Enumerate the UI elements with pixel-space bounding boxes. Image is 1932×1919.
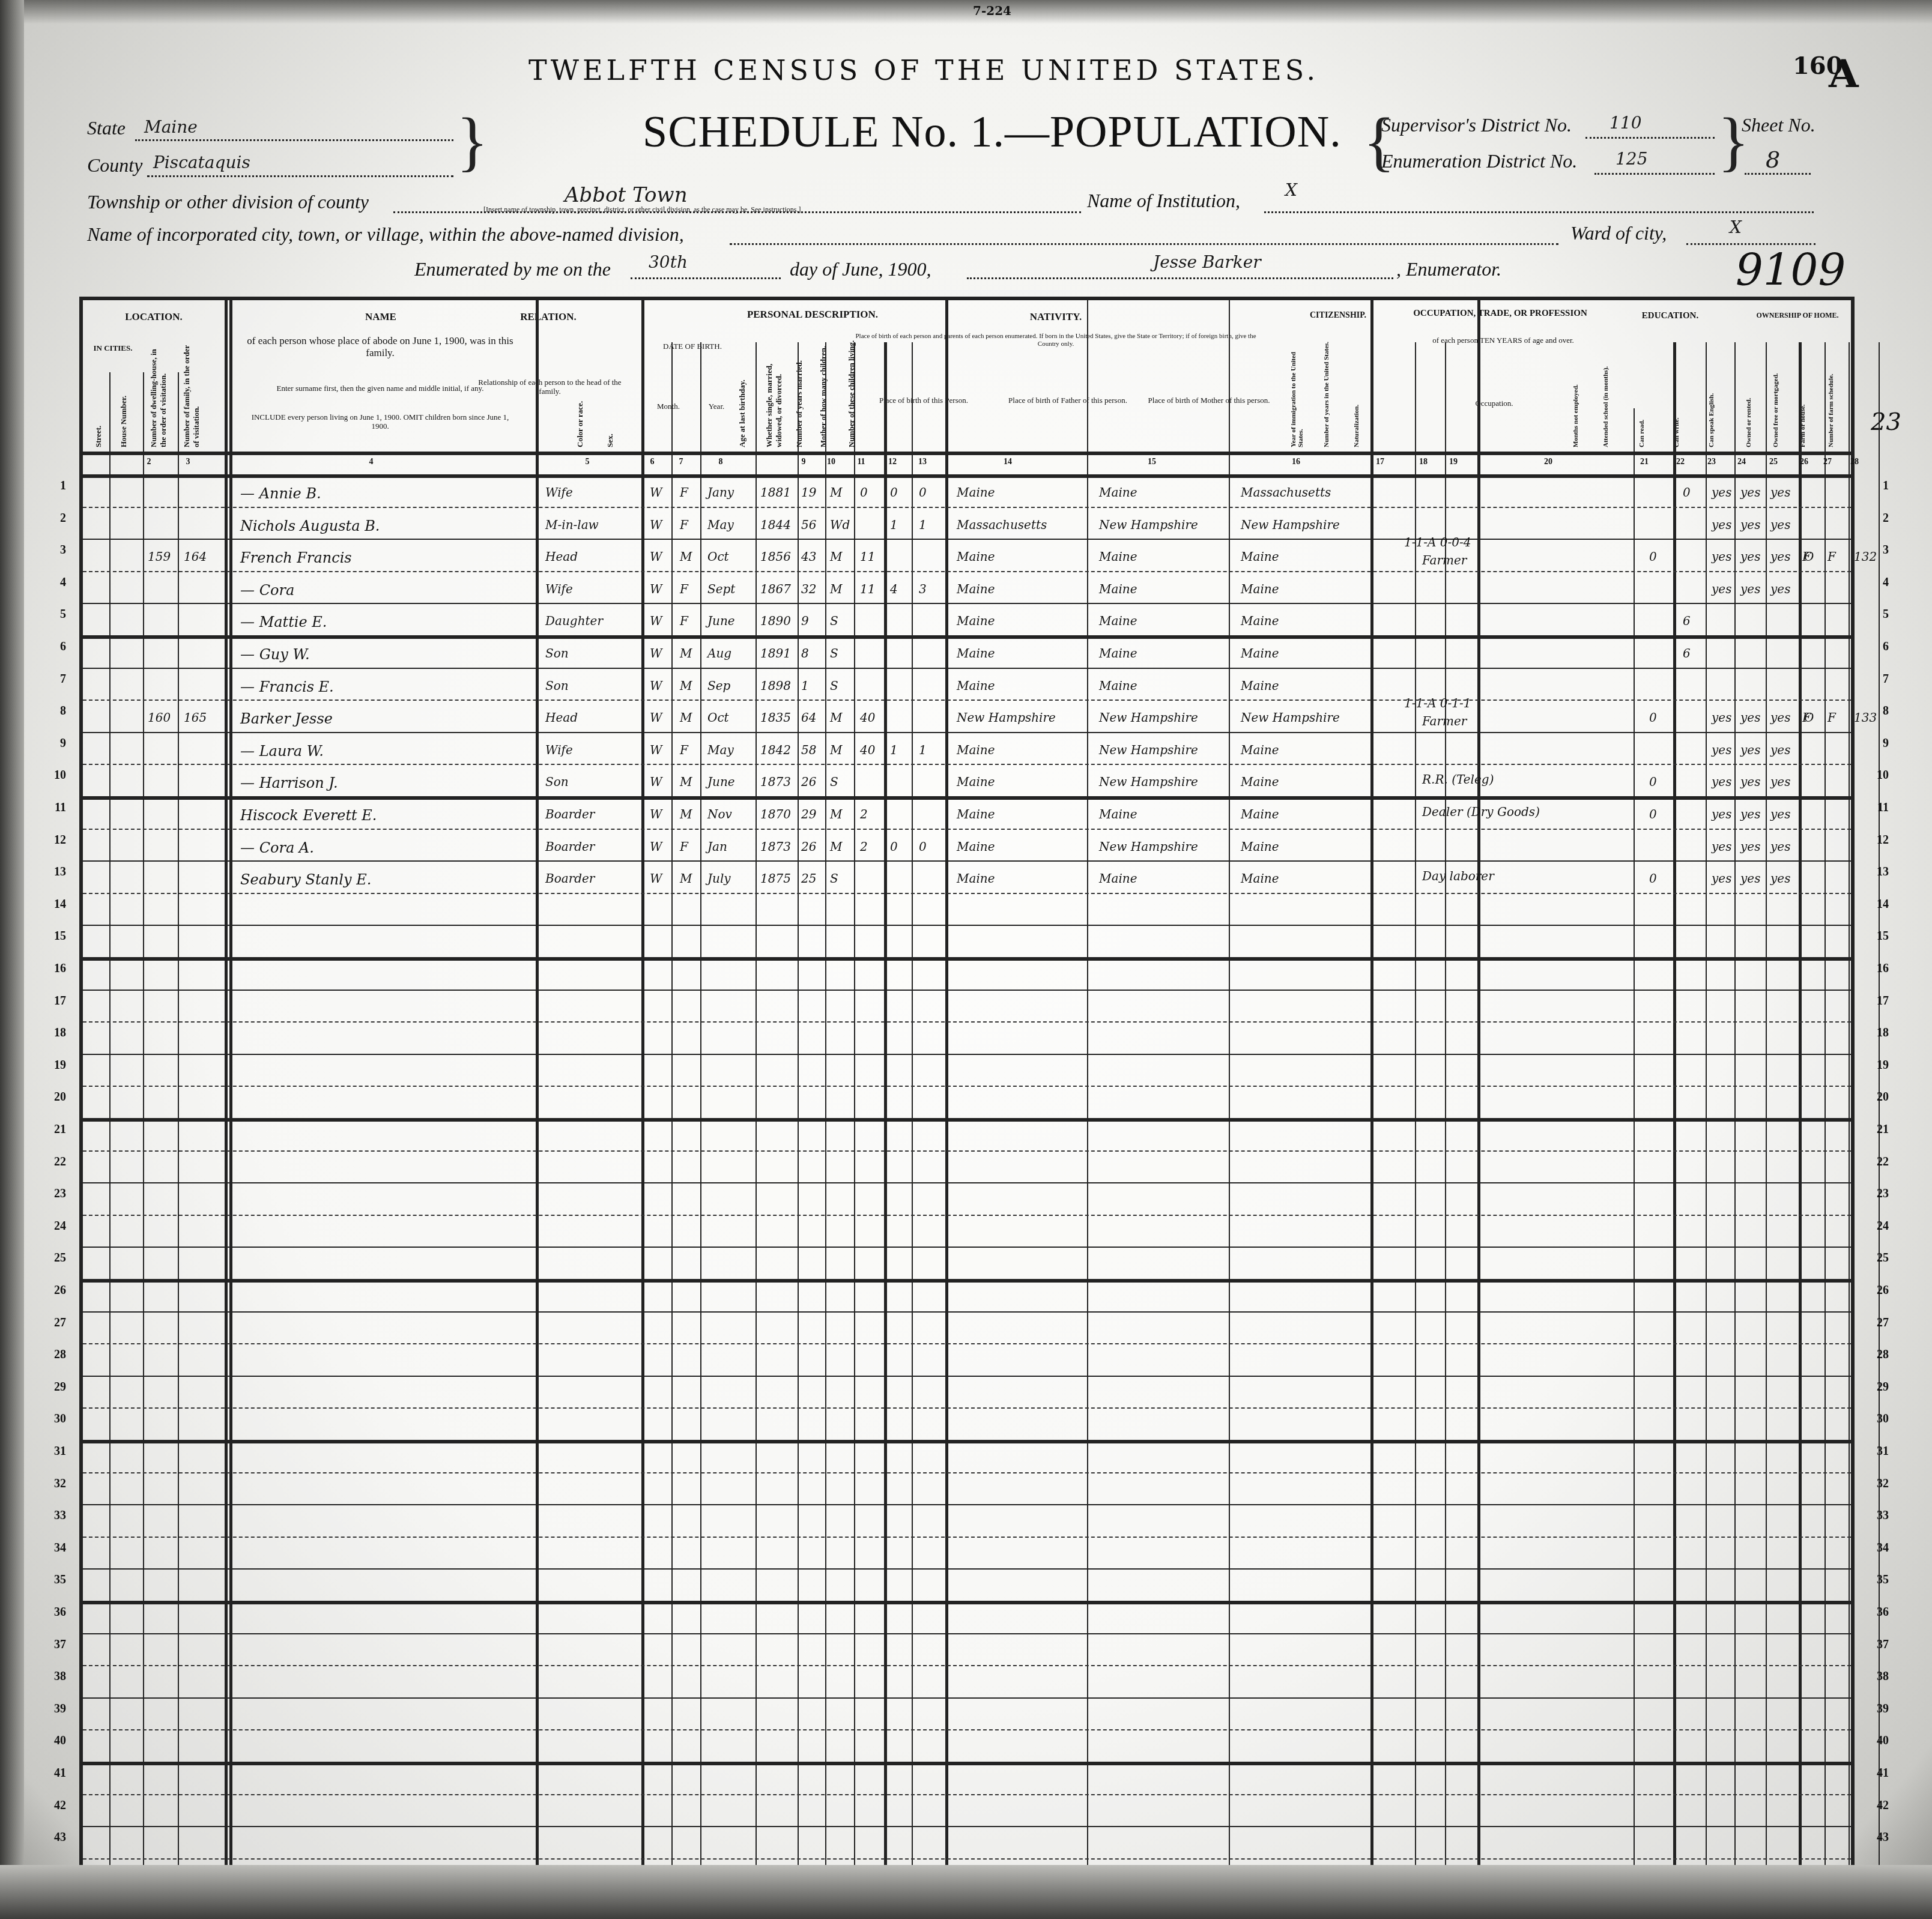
line-number: 2 — [1865, 512, 1889, 525]
cell-year: 1873 — [760, 775, 791, 789]
cell-birth: Maine — [957, 646, 995, 660]
column-number: 10 — [819, 458, 843, 467]
cell-write: yes — [1740, 807, 1760, 821]
grid-row-line — [83, 1086, 1851, 1087]
line-number: 36 — [1865, 1606, 1889, 1619]
cell-birth: Maine — [957, 839, 995, 854]
cell-color: W — [650, 775, 662, 789]
cell-unemployed: 0 — [1649, 775, 1657, 789]
line-number: 5 — [42, 608, 66, 621]
sheet-no-value: 8 — [1766, 147, 1780, 173]
line-number: 18 — [1865, 1026, 1889, 1040]
column-number: 25 — [1761, 458, 1785, 467]
cell-father: Maine — [1099, 582, 1137, 596]
cell-mother: Massachusetts — [1241, 485, 1331, 500]
enumeration-label: Enumeration District No. — [1381, 150, 1577, 172]
immigration-header: Year of immigration to the United States… — [1290, 336, 1310, 447]
name-include-note: INCLUDE every person living on June 1, 1… — [245, 413, 515, 431]
cell-mother: Maine — [1241, 775, 1279, 789]
cell-year: 1867 — [760, 582, 791, 596]
cell-occupation-code: 1-1-A 0-0-4 — [1404, 535, 1471, 549]
cell-free: F — [1802, 549, 1811, 564]
line-number: 42 — [1865, 1799, 1889, 1813]
nativity-header: NATIVITY. — [846, 311, 1266, 323]
line-number: 13 — [1865, 865, 1889, 879]
cell-name: Hiscock Everett E. — [240, 807, 377, 824]
line-number: 43 — [42, 1831, 66, 1845]
cell-birth: Maine — [957, 807, 995, 821]
cell-father: Maine — [1099, 678, 1137, 693]
margin-annotation: 23 — [1871, 408, 1901, 436]
line-number: 6 — [1865, 640, 1889, 654]
cell-age: 8 — [801, 646, 809, 660]
column-number: 14 — [996, 458, 1020, 467]
education-header: EDUCATION. — [1601, 311, 1739, 321]
cell-write: yes — [1740, 549, 1760, 564]
grid-row-line — [83, 1697, 1851, 1699]
cell-name: — Cora — [240, 582, 294, 599]
line-number: 31 — [1865, 1445, 1889, 1458]
cell-english: yes — [1770, 582, 1790, 596]
cell-age: 56 — [801, 518, 816, 532]
enumeration-line — [1594, 173, 1715, 175]
cell-age: 29 — [801, 807, 816, 821]
line-number: 23 — [42, 1187, 66, 1201]
cell-father: New Hampshire — [1099, 775, 1198, 789]
cell-free: F — [1802, 710, 1811, 725]
cell-color: W — [650, 614, 662, 628]
incorporated-line — [730, 243, 1558, 245]
cell-month: Oct — [707, 549, 729, 564]
cell-name: Seabury Stanly E. — [240, 871, 371, 888]
cell-occupation-code: 1-1-A 0-1-1 — [1404, 696, 1471, 710]
cell-english: yes — [1770, 743, 1790, 757]
cell-living: 3 — [919, 582, 927, 596]
line-number: 3 — [1865, 543, 1889, 557]
table-row: Hiscock Everett E.BoarderWMNov187029M2Ma… — [83, 796, 1851, 829]
cell-relation: Head — [545, 549, 578, 564]
incorporated-label: Name of incorporated city, town, or vill… — [87, 223, 684, 246]
age-header: Age at last birthday. — [737, 336, 747, 447]
column-number: 4 — [359, 458, 383, 467]
cell-occupation: Dealer (Dry Goods) — [1422, 805, 1540, 819]
line-number: 9 — [1865, 737, 1889, 751]
line-number: 37 — [1865, 1638, 1889, 1652]
cell-living: 0 — [919, 485, 927, 500]
grid-row-line — [83, 1311, 1851, 1313]
cell-mother: Maine — [1241, 807, 1279, 821]
birth-father-header: Place of birth of Father of this person. — [999, 396, 1137, 405]
cell-age: 26 — [801, 775, 816, 789]
line-number: 23 — [1865, 1187, 1889, 1201]
family-number-header: Number of family, in the order of visita… — [182, 342, 204, 447]
cell-marital: M — [830, 710, 842, 725]
cell-month: Nov — [707, 807, 732, 821]
line-number: 16 — [42, 962, 66, 976]
cell-sex: M — [680, 549, 692, 564]
cell-mother-of: 4 — [890, 582, 898, 596]
cell-family: 164 — [184, 549, 207, 564]
cell-father: New Hampshire — [1099, 710, 1198, 725]
cell-name: — Guy W. — [240, 646, 310, 663]
cell-mother: Maine — [1241, 614, 1279, 628]
cell-month: Sept — [707, 582, 735, 596]
cell-color: W — [650, 871, 662, 886]
line-number: 1 — [1865, 479, 1889, 493]
cell-relation: Wife — [545, 582, 573, 596]
line-number: 5 — [1865, 608, 1889, 621]
line-number: 27 — [42, 1316, 66, 1330]
cell-month: May — [707, 518, 734, 532]
birth-mother-header: Place of birth of Mother of this person. — [1140, 396, 1278, 405]
ward-value: X — [1730, 217, 1742, 237]
grid-header-line — [83, 452, 1851, 455]
cell-year: 1873 — [760, 839, 791, 854]
name-description: of each person whose place of abode on J… — [245, 335, 515, 358]
line-number: 25 — [42, 1251, 66, 1265]
line-number: 25 — [1865, 1251, 1889, 1265]
cell-age: 1 — [801, 678, 809, 693]
township-value: Abbot Town — [565, 183, 688, 207]
table-row: 159164French FrancisHeadWMOct185643M11Ma… — [83, 539, 1851, 571]
township-label: Township or other division of county — [87, 191, 369, 213]
cell-father: Maine — [1099, 807, 1137, 821]
line-number: 22 — [1865, 1155, 1889, 1169]
grid-row-line — [83, 1440, 1851, 1443]
line-number: 7 — [42, 672, 66, 686]
in-cities-header: IN CITIES. — [83, 343, 143, 353]
grid-row-line — [83, 1150, 1851, 1152]
line-number: 26 — [42, 1284, 66, 1298]
day-line — [631, 277, 781, 279]
cell-birth: Maine — [957, 582, 995, 596]
enumerator-label: , Enumerator. — [1396, 258, 1501, 280]
line-number: 22 — [42, 1155, 66, 1169]
line-number: 42 — [42, 1799, 66, 1813]
line-number: 33 — [42, 1509, 66, 1523]
free-mortgaged-header: Owned free or mortgaged. — [1772, 336, 1779, 447]
birth-person-header: Place of birth of this Person. — [855, 396, 993, 405]
grid-row-line — [83, 1279, 1851, 1283]
cell-color: W — [650, 582, 662, 596]
column-number: 18 — [1411, 458, 1435, 467]
cell-age: 9 — [801, 614, 809, 628]
page-edge-left — [0, 0, 24, 1919]
cell-relation: Daughter — [545, 614, 603, 628]
cell-birth: Maine — [957, 871, 995, 886]
nativity-description: Place of birth of each person and parent… — [852, 333, 1260, 348]
line-number: 21 — [42, 1123, 66, 1137]
cell-name: Nichols Augusta B. — [240, 518, 380, 534]
enumerator-name: Jesse Barker — [1153, 252, 1261, 272]
table-row: Seabury Stanly E.BoarderWMJuly187525SMai… — [83, 860, 1851, 893]
cell-mother-of: 1 — [890, 743, 898, 757]
cell-sex: M — [680, 710, 692, 725]
cell-mother: Maine — [1241, 646, 1279, 660]
cell-marital: S — [830, 646, 838, 660]
cell-color: W — [650, 549, 662, 564]
grid-row-line — [83, 1118, 1851, 1122]
children-living-header: Number of these children living. — [847, 336, 867, 447]
table-row: Nichols Augusta B.M-in-lawWFMay184456Wd1… — [83, 507, 1851, 539]
cell-name: — Cora A. — [240, 839, 314, 856]
sheet-no-label: Sheet No. — [1742, 114, 1815, 136]
line-number: 10 — [42, 769, 66, 782]
cell-marital: M — [830, 807, 842, 821]
line-number: 30 — [1865, 1412, 1889, 1426]
line-number: 38 — [42, 1670, 66, 1684]
grid-row-line — [83, 1729, 1851, 1730]
line-number: 6 — [42, 640, 66, 654]
grid-row-line — [83, 1407, 1851, 1409]
column-number: 16 — [1284, 458, 1308, 467]
cell-mother-of: 0 — [890, 839, 898, 854]
table-row: — Harrison J.SonWMJune187326SMaineNew Ha… — [83, 764, 1851, 796]
state-label: State — [87, 117, 126, 139]
line-number: 35 — [1865, 1573, 1889, 1587]
cell-english: yes — [1770, 710, 1790, 725]
line-number: 14 — [42, 898, 66, 911]
line-number: 29 — [42, 1380, 66, 1394]
cell-english: yes — [1770, 839, 1790, 854]
line-number: 38 — [1865, 1670, 1889, 1684]
cell-marital: M — [830, 582, 842, 596]
cell-name: French Francis — [240, 549, 352, 566]
line-number: 10 — [1865, 769, 1889, 782]
table-row: — Cora A.BoarderWFJan187326M200MaineNew … — [83, 829, 1851, 861]
cell-year: 1890 — [760, 614, 791, 628]
cell-name: — Mattie E. — [240, 614, 327, 630]
cell-age: 26 — [801, 839, 816, 854]
supervisor-value: 110 — [1609, 113, 1641, 133]
column-number: 13 — [910, 458, 934, 467]
cell-marital: M — [830, 839, 842, 854]
cell-name: — Laura W. — [240, 743, 324, 760]
column-number: 3 — [176, 458, 200, 467]
cell-name: — Francis E. — [240, 678, 334, 695]
line-number: 24 — [1865, 1219, 1889, 1233]
cell-month: Jan — [707, 839, 727, 854]
naturalization-header: Naturalization. — [1353, 336, 1360, 447]
cell-school: 0 — [1683, 485, 1691, 500]
cell-color: W — [650, 710, 662, 725]
line-number: 32 — [1865, 1477, 1889, 1491]
cell-mother-of: 1 — [890, 518, 898, 532]
table-row: — Francis E.SonWMSep18981SMaineMaineMain… — [83, 668, 1851, 700]
cell-occupation: R.R. (Teleg) — [1422, 772, 1494, 787]
supervisor-label: Supervisor's District No. — [1381, 114, 1572, 136]
grid-row-line — [83, 1182, 1851, 1183]
cell-birth: Maine — [957, 743, 995, 757]
cell-sex: F — [680, 582, 688, 596]
cell-sex: M — [680, 807, 692, 821]
cell-school: 6 — [1683, 614, 1691, 628]
cell-color: W — [650, 518, 662, 532]
county-line — [147, 175, 453, 177]
cell-name: — Harrison J. — [240, 775, 338, 791]
owned-rented-header: Owned or rented. — [1745, 336, 1752, 447]
sheet-no-line — [1745, 173, 1811, 175]
line-number: 43 — [1865, 1831, 1889, 1845]
grid-row-line — [83, 1762, 1851, 1765]
cell-father: New Hampshire — [1099, 839, 1198, 854]
cell-write: yes — [1740, 582, 1760, 596]
cell-sex: M — [680, 871, 692, 886]
column-number: 5 — [575, 458, 599, 467]
cell-age: 25 — [801, 871, 816, 886]
grid-row-line — [83, 1633, 1851, 1634]
form-code: 7-224 — [973, 4, 1011, 18]
cell-relation: Boarder — [545, 839, 595, 854]
line-number: 4 — [1865, 576, 1889, 590]
occupation-header: OCCUPATION, TRADE, OR PROFESSION — [1398, 309, 1602, 319]
line-number: 34 — [42, 1541, 66, 1555]
cell-color: W — [650, 646, 662, 660]
cell-marital: S — [830, 678, 838, 693]
cell-read: yes — [1712, 582, 1731, 596]
column-number: 6 — [640, 458, 664, 467]
grid-row-line — [83, 1794, 1851, 1795]
cell-relation: Boarder — [545, 871, 595, 886]
cell-write: yes — [1740, 839, 1760, 854]
column-number: 22 — [1668, 458, 1692, 467]
cell-sex: F — [680, 839, 688, 854]
state-value: Maine — [144, 117, 198, 137]
column-number: 8 — [709, 458, 733, 467]
cell-mother: New Hampshire — [1241, 518, 1340, 532]
line-number: 41 — [42, 1766, 66, 1780]
cell-occupation: Day laborer — [1422, 869, 1494, 883]
cell-month: June — [707, 775, 735, 789]
line-number: 11 — [1865, 801, 1889, 815]
line-number: 4 — [42, 576, 66, 590]
cell-sex: M — [680, 678, 692, 693]
grid-row-line — [83, 1601, 1851, 1604]
column-number: 17 — [1368, 458, 1392, 467]
enumerated-label: Enumerated by me on the — [414, 258, 611, 280]
grid-row-line — [83, 893, 1851, 894]
cell-relation: Wife — [545, 485, 573, 500]
cell-relation: Boarder — [545, 807, 595, 821]
grid-row-line — [83, 1376, 1851, 1377]
line-number: 40 — [42, 1734, 66, 1748]
cell-farm: F — [1828, 549, 1836, 564]
line-number: 21 — [1865, 1123, 1889, 1137]
cell-birth: Massachusetts — [957, 518, 1047, 532]
cell-mother: New Hampshire — [1241, 710, 1340, 725]
line-number: 11 — [42, 801, 66, 815]
column-number: 20 — [1536, 458, 1560, 467]
column-number: 9 — [792, 458, 816, 467]
citizenship-header: CITIZENSHIP. — [1284, 311, 1392, 321]
cell-age: 43 — [801, 549, 816, 564]
cell-write: yes — [1740, 775, 1760, 789]
line-number: 40 — [1865, 1734, 1889, 1748]
cell-month: May — [707, 743, 734, 757]
speak-english-header: Can speak English. — [1708, 336, 1715, 447]
cell-month: Sep — [707, 678, 730, 693]
cell-yrs-married: 40 — [860, 710, 875, 725]
cell-mother: Maine — [1241, 871, 1279, 886]
line-number: 14 — [1865, 898, 1889, 911]
cell-read: yes — [1712, 743, 1731, 757]
cell-marital: M — [830, 485, 842, 500]
cell-father: Maine — [1099, 871, 1137, 886]
line-number: 19 — [1865, 1059, 1889, 1072]
cell-marital: M — [830, 743, 842, 757]
table-row: — Guy W.SonWMAug18918SMaineMaineMaine6 — [83, 635, 1851, 668]
cell-color: W — [650, 839, 662, 854]
institution-line — [1264, 211, 1814, 213]
cell-month: Oct — [707, 710, 729, 725]
cell-relation: Son — [545, 646, 569, 660]
table-row: — Laura W.WifeWFMay184258M4011MaineNew H… — [83, 732, 1851, 764]
grid-row-line — [83, 1568, 1851, 1570]
cell-color: W — [650, 485, 662, 500]
cell-year: 1842 — [760, 743, 791, 757]
cell-unemployed: 0 — [1649, 549, 1657, 564]
cell-year: 1844 — [760, 518, 791, 532]
cell-unemployed: 0 — [1649, 871, 1657, 886]
enumerated-day: 30th — [649, 252, 688, 272]
cell-write: yes — [1740, 518, 1760, 532]
column-number: 7 — [669, 458, 693, 467]
line-number: 7 — [1865, 672, 1889, 686]
column-number: 28 — [1843, 458, 1867, 467]
cell-read: yes — [1712, 518, 1731, 532]
line-number: 27 — [1865, 1316, 1889, 1330]
months-unemployed-header: Months not employed. — [1572, 366, 1593, 447]
cell-name: — Annie B. — [240, 485, 321, 502]
line-number: 32 — [42, 1477, 66, 1491]
grid-row-line — [83, 1215, 1851, 1216]
line-number: 24 — [42, 1219, 66, 1233]
table-row: — Mattie E.DaughterWFJune18909SMaineMain… — [83, 603, 1851, 635]
column-number: 23 — [1700, 458, 1724, 467]
cell-english: yes — [1770, 807, 1790, 821]
column-number: 15 — [1140, 458, 1164, 467]
county-value: Piscataquis — [153, 153, 250, 172]
grid-row-line — [83, 1247, 1851, 1248]
brace-left: } — [456, 108, 488, 174]
cell-mother: Maine — [1241, 582, 1279, 596]
institution-value: X — [1285, 180, 1297, 200]
institution-label: Name of Institution, — [1087, 190, 1240, 212]
line-number: 35 — [42, 1573, 66, 1587]
cell-family: 165 — [184, 710, 207, 725]
column-number: 24 — [1730, 458, 1754, 467]
cell-marital: S — [830, 871, 838, 886]
county-label: County — [87, 154, 142, 177]
cell-unemployed: 0 — [1649, 807, 1657, 821]
cell-yrs-married: 11 — [860, 549, 875, 564]
cell-write: yes — [1740, 743, 1760, 757]
grid-row-line — [83, 1343, 1851, 1344]
line-number: 15 — [42, 929, 66, 943]
cell-birth: New Hampshire — [957, 710, 1056, 725]
cell-marital: S — [830, 775, 838, 789]
grid-row-line — [83, 1858, 1851, 1860]
cell-school: 6 — [1683, 646, 1691, 660]
line-number: 41 — [1865, 1766, 1889, 1780]
grid-row-line — [83, 1826, 1851, 1827]
cell-yrs-married: 11 — [860, 582, 875, 596]
cell-marital: M — [830, 549, 842, 564]
grid-row-line — [83, 957, 1851, 961]
line-number: 20 — [42, 1090, 66, 1104]
farm-schedule-header: Number of farm schedule. — [1828, 336, 1835, 447]
table-row: — CoraWifeWFSept186732M1143MaineMaineMai… — [83, 571, 1851, 603]
